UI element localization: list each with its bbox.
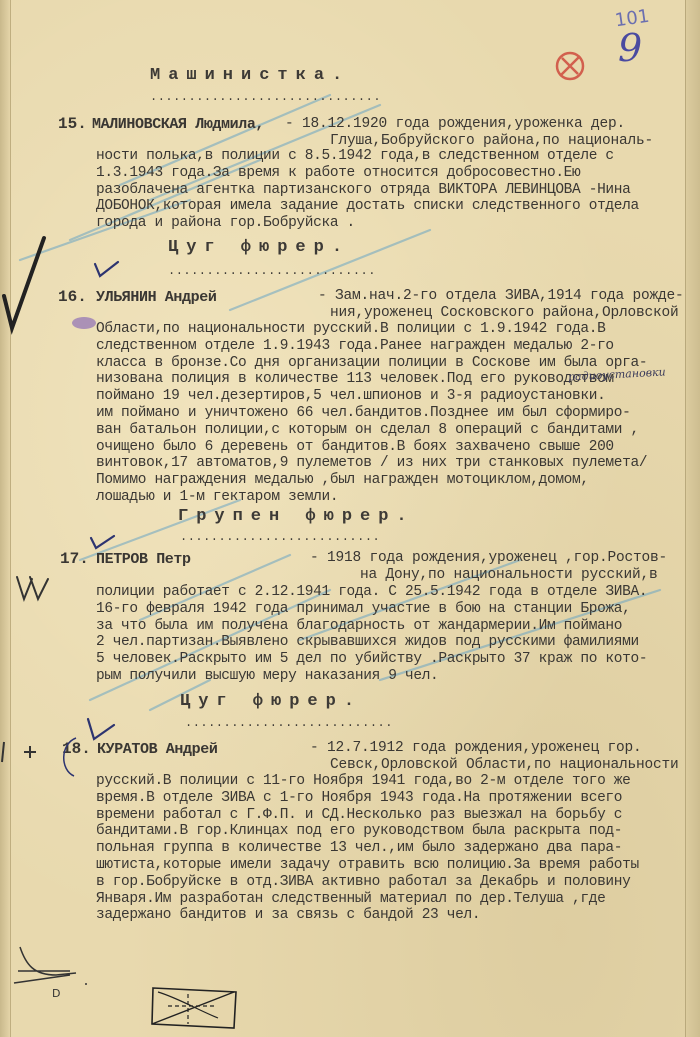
entry-number: 17. <box>60 550 89 568</box>
entry-body: ности полька,в полиции с 8.5.1942 года,в… <box>96 148 686 232</box>
entry-body: русский.В полиции с 11-го Ноября 1941 го… <box>96 773 696 924</box>
entry-second-line: Севск,Орловской Области,по национальност… <box>330 757 679 773</box>
entry-second-line: ния,уроженец Сосковского района,Орловско… <box>330 305 679 321</box>
red-circled-cross-stamp-icon <box>552 48 588 84</box>
section-heading: Групен фюрер. <box>178 507 415 526</box>
crossed-rectangle-sketch-icon <box>148 984 238 1034</box>
section-heading: Цуг фюрер. <box>180 692 362 711</box>
bottom-left-letter: D <box>52 987 60 1000</box>
heading-underline-dots: .......................... <box>180 530 380 544</box>
x-mark-icon <box>14 573 50 603</box>
entry-second-line: Глуша,Бобруйского района,по националь- <box>330 133 653 149</box>
circle-around-number-icon <box>56 734 88 778</box>
section-heading: Цуг фюрер. <box>168 238 350 257</box>
heading-underline-dots: ........................... <box>168 264 376 278</box>
heading-underline-dots: .............................. <box>150 90 381 104</box>
entry-name: ПЕТРОВ Петр <box>96 551 191 568</box>
blue-checkmark-icon <box>84 715 118 743</box>
document-page: 101 9 Машинистка. ......................… <box>0 0 700 1037</box>
entry-body: полиции работает с 2.12.1941 года. С 25.… <box>96 584 696 685</box>
entry-first-line: - 1918 года рождения,уроженец ,гор.Росто… <box>310 550 667 566</box>
large-checkmark-icon <box>0 228 60 338</box>
blue-checkmark-icon <box>92 256 122 280</box>
entry-second-line: на Дону,по национальности русский,в <box>360 567 658 583</box>
entry-first-line: - 18.12.1920 года рождения,уроженка дер. <box>285 116 625 132</box>
entry-name: УЛЬЯНИН Андрей <box>96 289 216 306</box>
entry-first-line: - Зам.нач.2-го отдела ЗИВА,1914 года рож… <box>318 288 684 304</box>
entry-name: МАЛИНОВСКАЯ Людмила, <box>92 116 264 133</box>
plus-mark-icon <box>0 740 40 764</box>
bottom-left-scribble-icon <box>10 945 90 985</box>
entry-name: КУРАТОВ Андрей <box>97 741 217 758</box>
entry-first-line: - 12.7.1912 года рождения,уроженец гор. <box>310 740 642 756</box>
entry-number: 15. <box>58 115 87 133</box>
entry-body: Области,по национальности русский.В поли… <box>96 321 696 506</box>
blue-checkmark-icon <box>88 530 118 552</box>
entry-number: 16. <box>58 288 87 306</box>
section-heading: Машинистка. <box>150 66 350 85</box>
purple-ink-blot-icon <box>70 313 100 333</box>
heading-underline-dots: ........................... <box>185 716 393 730</box>
page-number: 9 <box>618 26 642 70</box>
